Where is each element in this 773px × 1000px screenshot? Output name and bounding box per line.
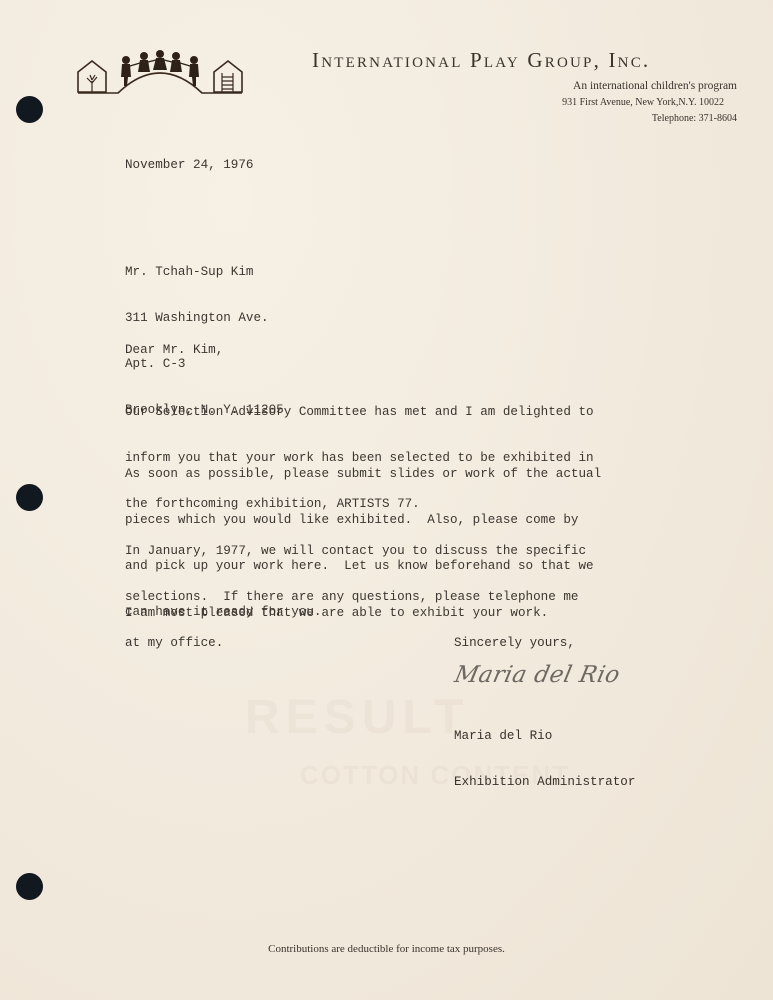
paragraph-line: Our Selection Advisory Committee has met… (125, 405, 594, 420)
paragraph-line: I am most pleased that we are able to ex… (125, 606, 548, 621)
punch-hole-middle (16, 484, 43, 511)
handwritten-signature: Maria del Rio (452, 662, 622, 688)
watermark-result: RESULT (245, 690, 469, 745)
children-holding-hands-bridge-logo-icon (76, 48, 244, 98)
recipient-name: Mr. Tchah-Sup Kim (125, 265, 284, 280)
punch-hole-bottom (16, 873, 43, 900)
signer-name: Maria del Rio (454, 729, 635, 744)
paragraph-line: In January, 1977, we will contact you to… (125, 544, 586, 559)
organization-tagline: An international children's program (573, 80, 737, 92)
organization-name: International Play Group, Inc. (312, 48, 650, 73)
paragraph-line: As soon as possible, please submit slide… (125, 467, 601, 482)
recipient-apartment: Apt. C-3 (125, 357, 284, 372)
signer-block: Maria del Rio Exhibition Administrator (454, 698, 635, 806)
organization-address: 931 First Avenue, New York,N.Y. 10022 (562, 97, 724, 108)
letter-date: November 24, 1976 (125, 158, 253, 173)
organization-telephone: Telephone: 371-8604 (652, 113, 737, 124)
body-paragraph-4: I am most pleased that we are able to ex… (125, 575, 548, 637)
closing: Sincerely yours, (454, 636, 575, 650)
signer-title: Exhibition Administrator (454, 775, 635, 790)
punch-hole-top (16, 96, 43, 123)
salutation: Dear Mr. Kim, (125, 343, 223, 358)
footer-note: Contributions are deductible for income … (0, 943, 773, 955)
recipient-street: 311 Washington Ave. (125, 311, 284, 326)
